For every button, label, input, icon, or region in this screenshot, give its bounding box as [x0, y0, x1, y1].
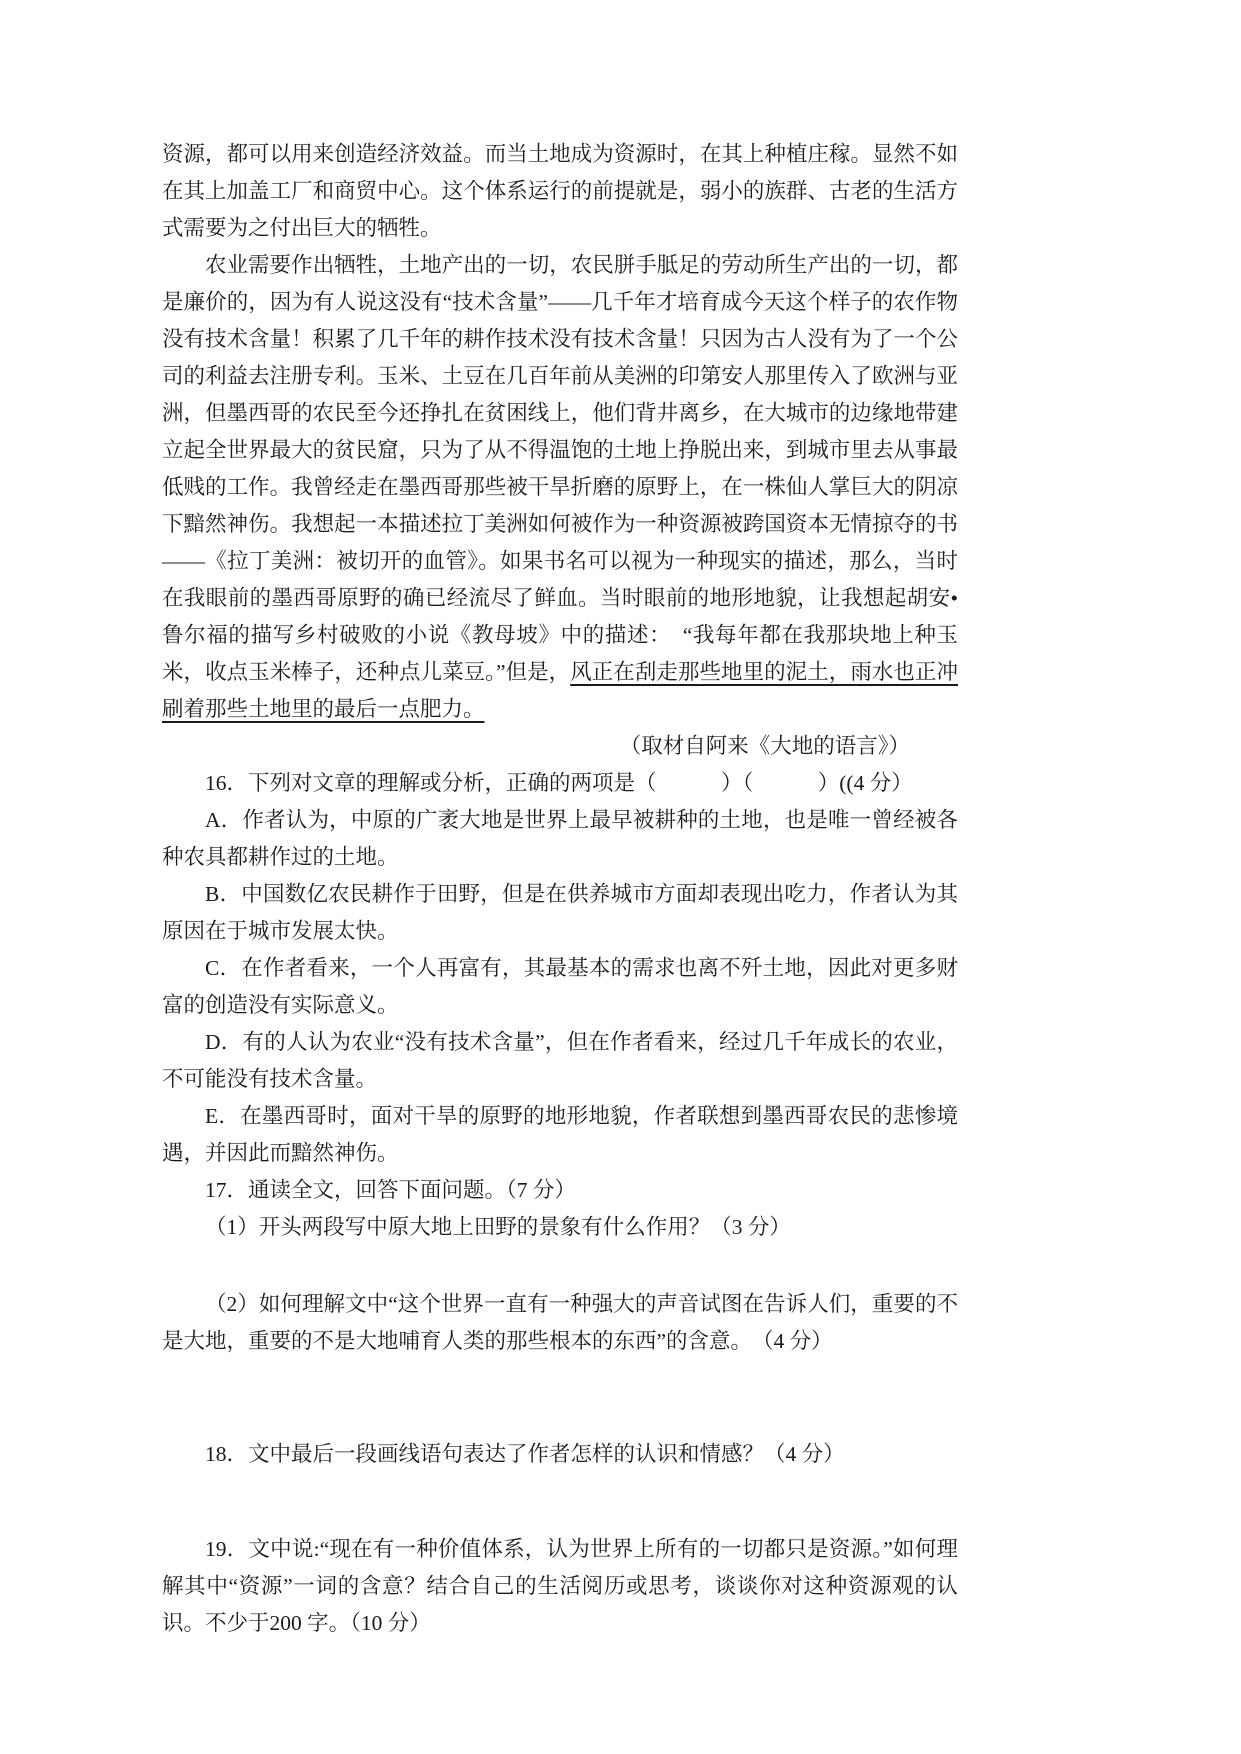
answer-space: [162, 1360, 958, 1436]
paragraph-2-text: 农业需要作出牺牲，土地产出的一切，农民胼手胝足的劳动所生产出的一切，都是廉价的，…: [162, 253, 958, 684]
document-page: 资源，都可以用来创造经济效益。而当土地成为资源时，在其上种植庄稼。显然不如在其上…: [0, 0, 1241, 1754]
answer-space: [162, 1473, 958, 1531]
question-17-stem: 17．通读全文，回答下面问题。（7 分）: [162, 1172, 958, 1209]
source-attribution: （取材自阿来《大地的语言》）: [162, 728, 958, 765]
question-16-option-b: B．中国数亿农民耕作于田野，但是在供养城市方面却表现出吃力，作者认为其原因在于城…: [162, 876, 958, 950]
question-18-stem: 18．文中最后一段画线语句表达了作者怎样的认识和情感？（4 分）: [162, 1436, 958, 1473]
question-16-option-c: C．在作者看来，一个人再富有，其最基本的需求也离不歼土地，因此对更多财富的创造没…: [162, 950, 958, 1024]
article-paragraph-2: 农业需要作出牺牲，土地产出的一切，农民胼手胝足的劳动所生产出的一切，都是廉价的，…: [162, 247, 958, 728]
question-16-option-a: A．作者认为，中原的广袤大地是世界上最早被耕种的土地，也是唯一曾经被各种农具都耕…: [162, 802, 958, 876]
question-16-option-e: E．在墨西哥时，面对干旱的原野的地形地貌，作者联想到墨西哥农民的悲惨境遇，并因此…: [162, 1098, 958, 1172]
question-16-stem: 16．下列对文章的理解或分析，正确的两项是（ ）（ ）((4 分）: [162, 765, 958, 802]
paragraph-1-text: 资源，都可以用来创造经济效益。而当土地成为资源时，在其上种植庄稼。显然不如在其上…: [162, 142, 958, 240]
article-paragraph-1: 资源，都可以用来创造经济效益。而当土地成为资源时，在其上种植庄稼。显然不如在其上…: [162, 136, 958, 247]
question-16-option-d: D．有的人认为农业“没有技术含量”，但在作者看来，经过几千年成长的农业，不可能没…: [162, 1024, 958, 1098]
question-19-stem: 19．文中说:“现在有一种价值体系，认为世界上所有的一切都只是资源。”如何理解其…: [162, 1531, 958, 1642]
attribution-text: （取材自阿来《大地的语言》）: [620, 734, 910, 758]
answer-space: [162, 1246, 958, 1286]
question-17-sub-1: （1）开头两段写中原大地上田野的景象有什么作用？（3 分）: [162, 1209, 958, 1246]
question-17-sub-2: （2）如何理解文中“这个世界一直有一种强大的声音试图在告诉人们，重要的不是大地，…: [162, 1286, 958, 1360]
